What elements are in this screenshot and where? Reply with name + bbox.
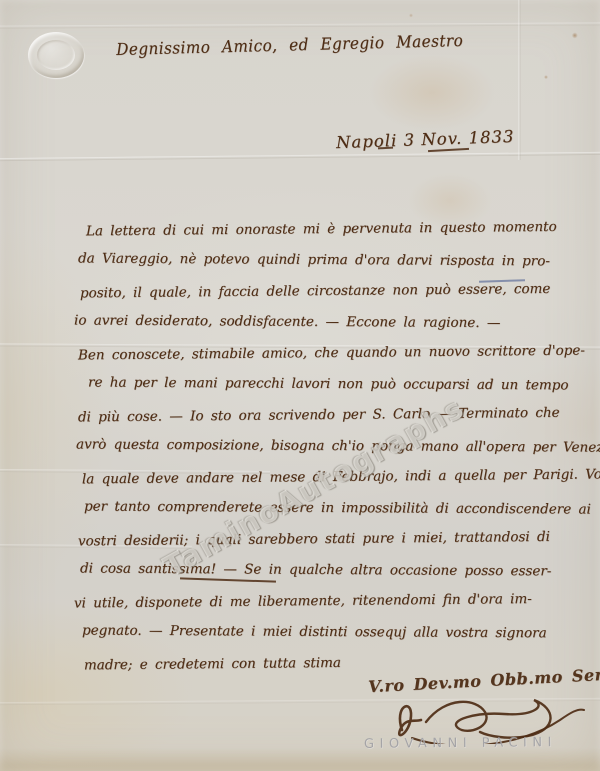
letter-line: La lettera di cui mi onoraste mi è perve… <box>86 219 583 255</box>
letter-line: di cosa santissima! — Se in qualche altr… <box>80 560 583 594</box>
letter-line: di più cose. — Io sto ora scrivendo per … <box>78 405 583 441</box>
letter-line: posito, il quale, in faccia delle circos… <box>80 281 583 317</box>
fold-crease <box>0 22 600 28</box>
pencil-annotation: GIOVANNI PACINI <box>364 735 557 752</box>
letter-line: per tanto comprenderete essere in imposs… <box>84 498 583 532</box>
letter-line: vostri desiderii; i quali sarebbero stat… <box>78 529 583 565</box>
letter-line: pegnato. — Presentate i miei distinti os… <box>82 622 583 656</box>
letter-line: la quale deve andare nel mese di Febbraj… <box>82 467 583 503</box>
letter-line: avrò questa composizione, bisogna ch'io … <box>76 436 583 470</box>
letter-line: io avrei desiderato, soddisfacente. — Ec… <box>74 312 583 346</box>
embossed-seal <box>28 32 84 78</box>
salutation: Degnissimo Amico, ed Egregio Maestro <box>116 31 463 59</box>
letter-page: Degnissimo Amico, ed Egregio Maestro Nap… <box>0 0 600 771</box>
letter-photo: Degnissimo Amico, ed Egregio Maestro Nap… <box>0 0 600 771</box>
letter-line: da Viareggio, nè potevo quindi prima d'o… <box>78 250 583 284</box>
letter-body: La lettera di cui mi onoraste mi è perve… <box>78 221 583 686</box>
embossed-seal-inner <box>37 40 75 70</box>
fold-crease <box>0 152 600 161</box>
letter-line: Ben conoscete, stimabile amico, che quan… <box>78 343 583 379</box>
fold-crease <box>518 0 521 160</box>
letter-line: re ha per le mani parecchi lavori non pu… <box>88 374 583 408</box>
dateline: Napoli 3 Nov. 1833 <box>336 127 515 152</box>
letter-line: vi utile, disponete di me liberamente, r… <box>74 591 583 627</box>
